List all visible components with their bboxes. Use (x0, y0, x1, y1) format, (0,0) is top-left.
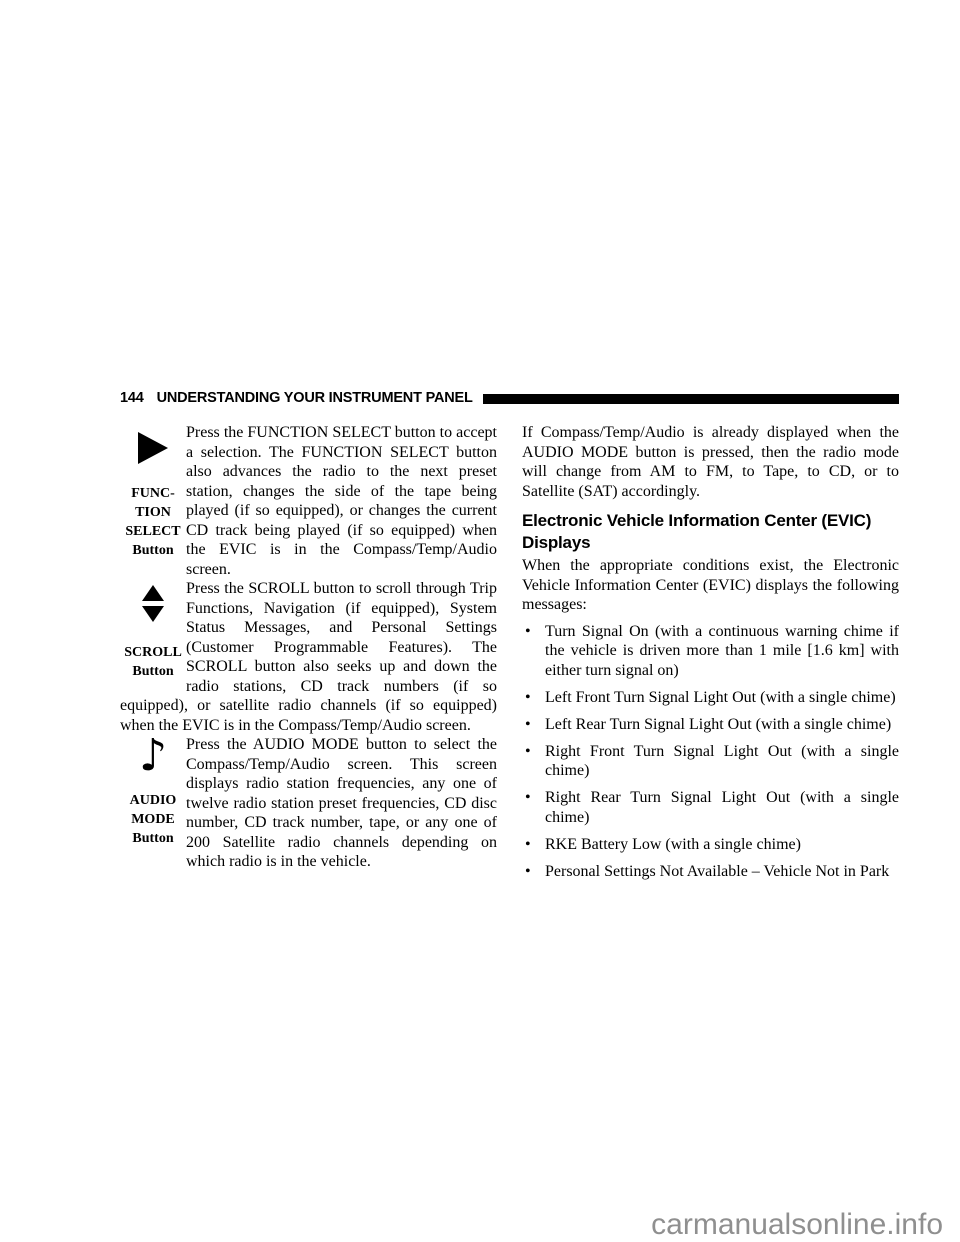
audio-mode-entry: ♪ AUDIO MODE Button Press the AUDIO MODE… (120, 735, 497, 872)
button-label-line: SELECT (125, 522, 180, 541)
bullet-icon: • (525, 788, 531, 808)
button-label-line: AUDIO (130, 791, 177, 810)
list-item: • Left Rear Turn Signal Light Out (with … (522, 715, 899, 735)
list-item-text: RKE Battery Low (with a single chime) (545, 836, 801, 853)
list-item: • Right Rear Turn Signal Light Out (with… (522, 788, 899, 827)
list-item: • Left Front Turn Signal Light Out (with… (522, 688, 899, 708)
button-label-line: TION (135, 503, 171, 522)
list-item: • RKE Battery Low (with a single chime) (522, 835, 899, 855)
list-item-text: Right Rear Turn Signal Light Out (with a… (545, 789, 899, 826)
bullet-icon: • (525, 715, 531, 735)
section-heading-line: Electronic Vehicle Information Center (E… (522, 510, 899, 532)
page-number: 144 (120, 390, 144, 406)
function-select-entry: FUNC- TION SELECT Button Press the FUNCT… (120, 423, 497, 579)
button-label-line: SCROLL (124, 643, 182, 662)
section-heading-evic-displays: Electronic Vehicle Information Center (E… (522, 510, 899, 553)
list-item: • Turn Signal On (with a continuous warn… (522, 622, 899, 681)
audio-mode-label-block: ♪ AUDIO MODE Button (120, 735, 186, 871)
list-item: • Personal Settings Not Available – Vehi… (522, 862, 899, 882)
button-label-line: Button (132, 662, 173, 681)
scroll-up-down-triangles-icon (142, 585, 164, 622)
scroll-entry: SCROLL Button Press the SCROLL button to… (120, 579, 497, 735)
bullet-icon: • (525, 622, 531, 642)
list-item-text: Personal Settings Not Available – Vehicl… (545, 863, 889, 880)
list-item: • Right Front Turn Signal Light Out (wit… (522, 742, 899, 781)
button-label-line: Button (132, 829, 173, 848)
evic-intro-paragraph: When the appropriate conditions exist, t… (522, 556, 899, 615)
bullet-icon: • (525, 742, 531, 762)
list-item-text: Right Front Turn Signal Light Out (with … (545, 743, 899, 780)
audio-mode-continued-paragraph: If Compass/Temp/Audio is already display… (522, 423, 899, 501)
bullet-icon: • (525, 862, 531, 882)
music-note-icon: ♪ (139, 735, 167, 777)
list-item-text: Left Front Turn Signal Light Out (with a… (545, 689, 896, 706)
bullet-icon: • (525, 688, 531, 708)
button-label-line: Button (132, 541, 173, 560)
section-heading-line: Displays (522, 532, 899, 554)
function-select-triangle-icon (138, 432, 168, 464)
left-column: FUNC- TION SELECT Button Press the FUNCT… (120, 423, 497, 889)
header-rule-bar (483, 394, 899, 404)
list-item-text: Turn Signal On (with a continuous warnin… (545, 623, 899, 679)
page-content: FUNC- TION SELECT Button Press the FUNCT… (120, 423, 899, 889)
evic-messages-list: • Turn Signal On (with a continuous warn… (522, 622, 899, 882)
list-item-text: Left Rear Turn Signal Light Out (with a … (545, 716, 891, 733)
page-header: 144 UNDERSTANDING YOUR INSTRUMENT PANEL (120, 390, 899, 406)
button-label-line: MODE (131, 810, 175, 829)
bullet-icon: • (525, 835, 531, 855)
right-column: If Compass/Temp/Audio is already display… (522, 423, 899, 889)
watermark-text: carmanualsonline.info (651, 1209, 943, 1241)
chapter-title: UNDERSTANDING YOUR INSTRUMENT PANEL (157, 390, 473, 406)
scroll-label-block: SCROLL Button (120, 579, 186, 696)
function-select-label-block: FUNC- TION SELECT Button (120, 423, 186, 579)
button-label-line: FUNC- (131, 484, 175, 503)
